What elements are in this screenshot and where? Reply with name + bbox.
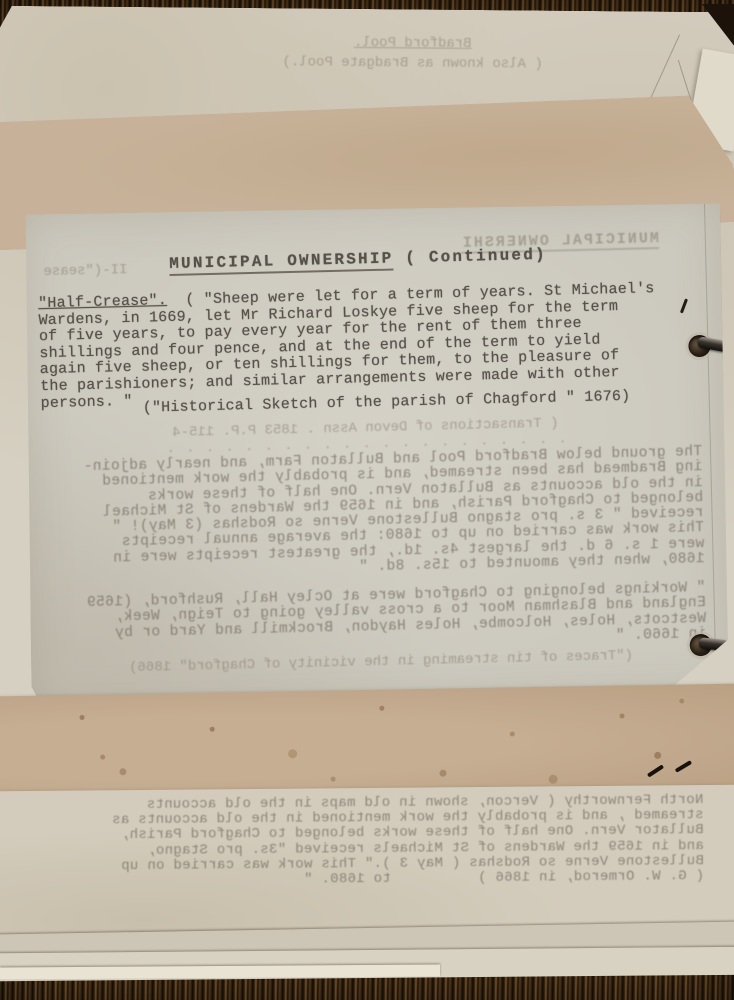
page-heading-title: MUNICIPAL OWNERSHIP (169, 250, 394, 276)
page-heading: MUNICIPAL OWNERSHIP ( Continued) (169, 246, 547, 273)
bleedthrough-paragraph-bottom: North Fernworthy ( Vercon, shown in old … (27, 793, 704, 890)
page-heading-suffix: ( Continued) (393, 246, 547, 268)
bleedthrough-paragraph-2: " Workings belonging to Chagford were at… (37, 581, 706, 658)
ghost-fragment-left: II-("sease (43, 262, 127, 280)
bleedthrough-paragraph-1: The ground below Bradford Pool and Bulla… (34, 445, 705, 584)
ink-tick-mark (675, 760, 692, 773)
crease-line (650, 35, 680, 99)
ink-tick-mark (647, 764, 664, 777)
bleedthrough-subtitle: ( Also known as Bradgate Pool.) (198, 52, 628, 76)
photo-of-archive-documents: Bradford Pool. ( Also known as Bradgate … (0, 0, 734, 1000)
main-typed-page: II-("sease MUNICIPAL OWNERSHI MUNICIPAL … (20, 198, 732, 712)
foxing-spots (79, 715, 84, 720)
top-sheet-bleedthrough-text: Bradford Pool. ( Also known as Bradgate … (198, 32, 628, 76)
